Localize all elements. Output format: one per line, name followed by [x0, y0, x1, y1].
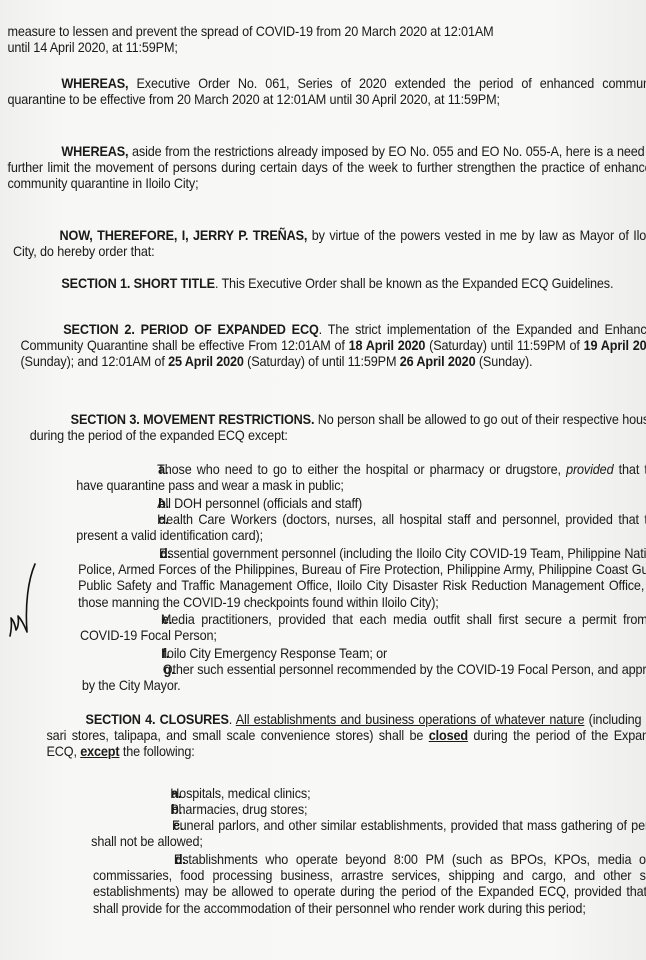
section-1-heading: SECTION 1. SHORT TITLE — [61, 276, 215, 291]
item-text: Funeral parlors, and other similar estab… — [91, 818, 646, 849]
item-text: Iloilo City Emergency Response Team; or — [161, 646, 387, 661]
date-start-2: 25 April 2020 — [168, 354, 244, 369]
section-1-text: . This Executive Order shall be known as… — [215, 276, 613, 291]
restriction-item-g: g.Other such essential personnel recomme… — [82, 662, 646, 694]
item-text: All DOH personnel (officials and staff) — [157, 496, 362, 511]
restriction-item-b: b.All DOH personnel (officials and staff… — [76, 496, 646, 512]
closure-item-a: a.Hospitals, medical clinics; — [89, 786, 646, 802]
item-emphasis: provided — [566, 462, 613, 477]
section-4-text: the following: — [119, 744, 194, 759]
item-label: g. — [123, 662, 163, 678]
closure-item-b: b.Pharmacies, drug stores; — [89, 802, 646, 818]
restriction-item-a: a.Those who need to go to either the hos… — [76, 462, 646, 494]
whereas-keyword: WHEREAS, — [61, 144, 128, 159]
restriction-item-e: e.Media practitioners, provided that eac… — [80, 612, 646, 644]
item-text: Health Care Workers (doctors, nurses, al… — [76, 512, 646, 543]
closure-item-d: d.Establishments who operate beyond 8:00… — [93, 852, 646, 917]
whereas-paragraph-1: WHEREAS, Executive Order No. 061, Series… — [7, 76, 646, 108]
item-text: Media practitioners, provided that each … — [80, 612, 646, 643]
intro-paragraph: measure to lessen and prevent the spread… — [7, 24, 584, 56]
section-1: SECTION 1. SHORT TITLE. This Executive O… — [17, 276, 646, 292]
now-therefore-keyword: NOW, THEREFORE, I, JERRY P. TREÑAS, — [60, 228, 308, 243]
signature-initial-icon — [8, 560, 38, 640]
date-end-1: 19 April 2020 — [584, 338, 646, 353]
restriction-item-c: c.Health Care Workers (doctors, nurses, … — [76, 512, 646, 544]
intro-line-1: measure to lessen and prevent the spread… — [7, 24, 584, 40]
section-2-text: (Sunday). — [475, 354, 532, 369]
closure-item-c: c.Funeral parlors, and other similar est… — [91, 818, 646, 850]
item-label: c. — [117, 512, 157, 528]
section-2-text: (Sunday); and 12:01AM of — [20, 354, 168, 369]
item-label: d. — [119, 546, 159, 562]
item-label: f. — [121, 646, 161, 662]
item-text: Hospitals, medical clinics; — [170, 786, 310, 801]
item-label: b. — [130, 802, 170, 818]
section-4-underlined-text: All establishments and business operatio… — [236, 712, 585, 727]
except-emphasis: except — [80, 744, 119, 759]
item-text: Those who need to go to either the hospi… — [157, 462, 566, 477]
section-2-heading: SECTION 2. PERIOD OF EXPANDED ECQ — [63, 322, 318, 337]
restriction-item-d: d.Essential government personnel (includ… — [78, 546, 646, 611]
restriction-item-f: f.Iloilo City Emergency Response Team; o… — [80, 646, 646, 662]
whereas-paragraph-2: WHEREAS, aside from the restrictions alr… — [7, 144, 646, 193]
date-start-1: 18 April 2020 — [349, 338, 426, 353]
item-label: b. — [117, 496, 157, 512]
intro-line-2: until 14 April 2020, at 11:59PM; — [7, 40, 584, 56]
section-4-heading: SECTION 4. CLOSURES — [86, 712, 229, 727]
section-3: SECTION 3. MOVEMENT RESTRICTIONS. No per… — [30, 412, 646, 444]
item-label: a. — [130, 786, 170, 802]
section-4: SECTION 4. CLOSURES. All establishments … — [47, 712, 646, 761]
section-2-text: (Saturday) until 11:59PM of — [425, 338, 583, 353]
date-end-2: 26 April 2020 — [400, 354, 476, 369]
section-3-heading: SECTION 3. MOVEMENT RESTRICTIONS. — [71, 412, 315, 427]
item-text: Essential government personnel (includin… — [78, 546, 646, 610]
item-label: a. — [117, 462, 157, 478]
document-page: measure to lessen and prevent the spread… — [0, 0, 646, 960]
item-label: e. — [121, 612, 161, 628]
item-text: Pharmacies, drug stores; — [170, 802, 307, 817]
section-2: SECTION 2. PERIOD OF EXPANDED ECQ. The s… — [20, 322, 646, 371]
whereas-keyword: WHEREAS, — [61, 76, 128, 91]
item-label: c. — [132, 818, 172, 834]
item-label: d. — [134, 852, 174, 868]
section-2-text: (Saturday) of until 11:59PM — [244, 354, 400, 369]
now-therefore-paragraph: NOW, THEREFORE, I, JERRY P. TREÑAS, by v… — [13, 228, 646, 260]
item-text: Other such essential personnel recommend… — [82, 662, 646, 693]
closed-emphasis: closed — [429, 728, 468, 743]
item-text: Establishments who operate beyond 8:00 P… — [93, 852, 646, 916]
